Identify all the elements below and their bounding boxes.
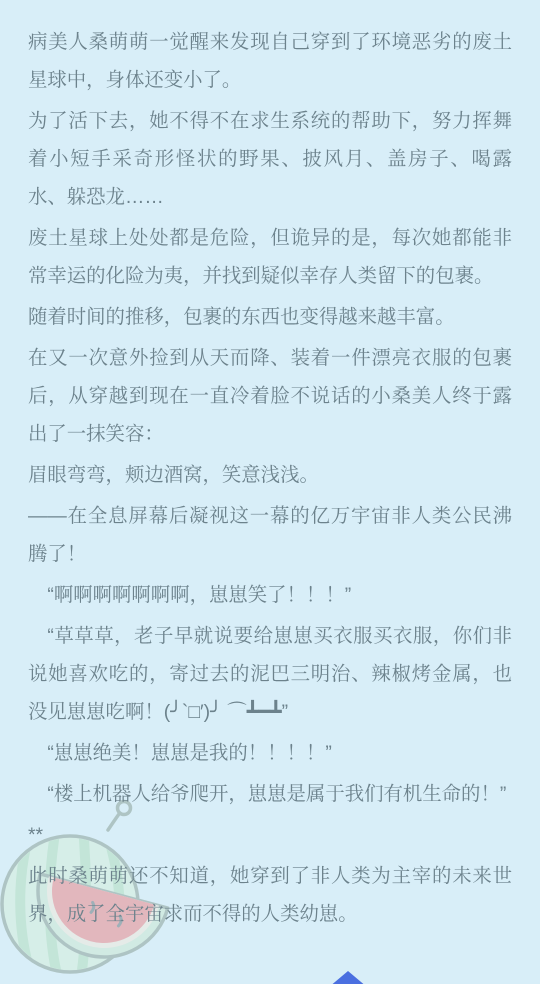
scroll-top-arrow-icon[interactable] [329, 971, 367, 984]
paragraph: 废土星球上处处都是危险，但诡异的是，每次她都能非常幸运的化险为夷，并找到疑似幸存… [28, 219, 512, 295]
paragraph-dialogue: “楼上机器人给爷爬开，崽崽是属于我们有机生命的！” [28, 775, 512, 813]
paragraph: 随着时间的推移，包裹的东西也变得越来越丰富。 [28, 298, 512, 336]
scene-break-marker: ** [28, 816, 512, 854]
paragraph: ——在全息屏幕后凝视这一幕的亿万宇宙非人类公民沸腾了！ [28, 497, 512, 573]
paragraph-dialogue: “崽崽绝美！崽崽是我的！！！！” [28, 734, 512, 772]
paragraph: 此时桑萌萌还不知道，她穿到了非人类为主宰的未来世界，成了全宇宙求而不得的人类幼崽… [28, 857, 512, 933]
paragraph: 病美人桑萌萌一觉醒来发现自己穿到了环境恶劣的废土星球中，身体还变小了。 [28, 23, 512, 99]
novel-text: 病美人桑萌萌一觉醒来发现自己穿到了环境恶劣的废土星球中，身体还变小了。 为了活下… [0, 0, 540, 936]
paragraph: 在又一次意外捡到从天而降、装着一件漂亮衣服的包裹后，从穿越到现在一直冷着脸不说话… [28, 339, 512, 453]
paragraph: 为了活下去，她不得不在求生系统的帮助下，努力挥舞着小短手采奇形怪状的野果、披风月… [28, 102, 512, 216]
paragraph-dialogue: “啊啊啊啊啊啊啊，崽崽笑了！！！” [28, 576, 512, 614]
paragraph: 眉眼弯弯，颊边酒窝，笑意浅浅。 [28, 456, 512, 494]
paragraph-dialogue: “草草草，老子早就说要给崽崽买衣服买衣服，你们非说她喜欢吃的，寄过去的泥巴三明治… [28, 617, 512, 731]
